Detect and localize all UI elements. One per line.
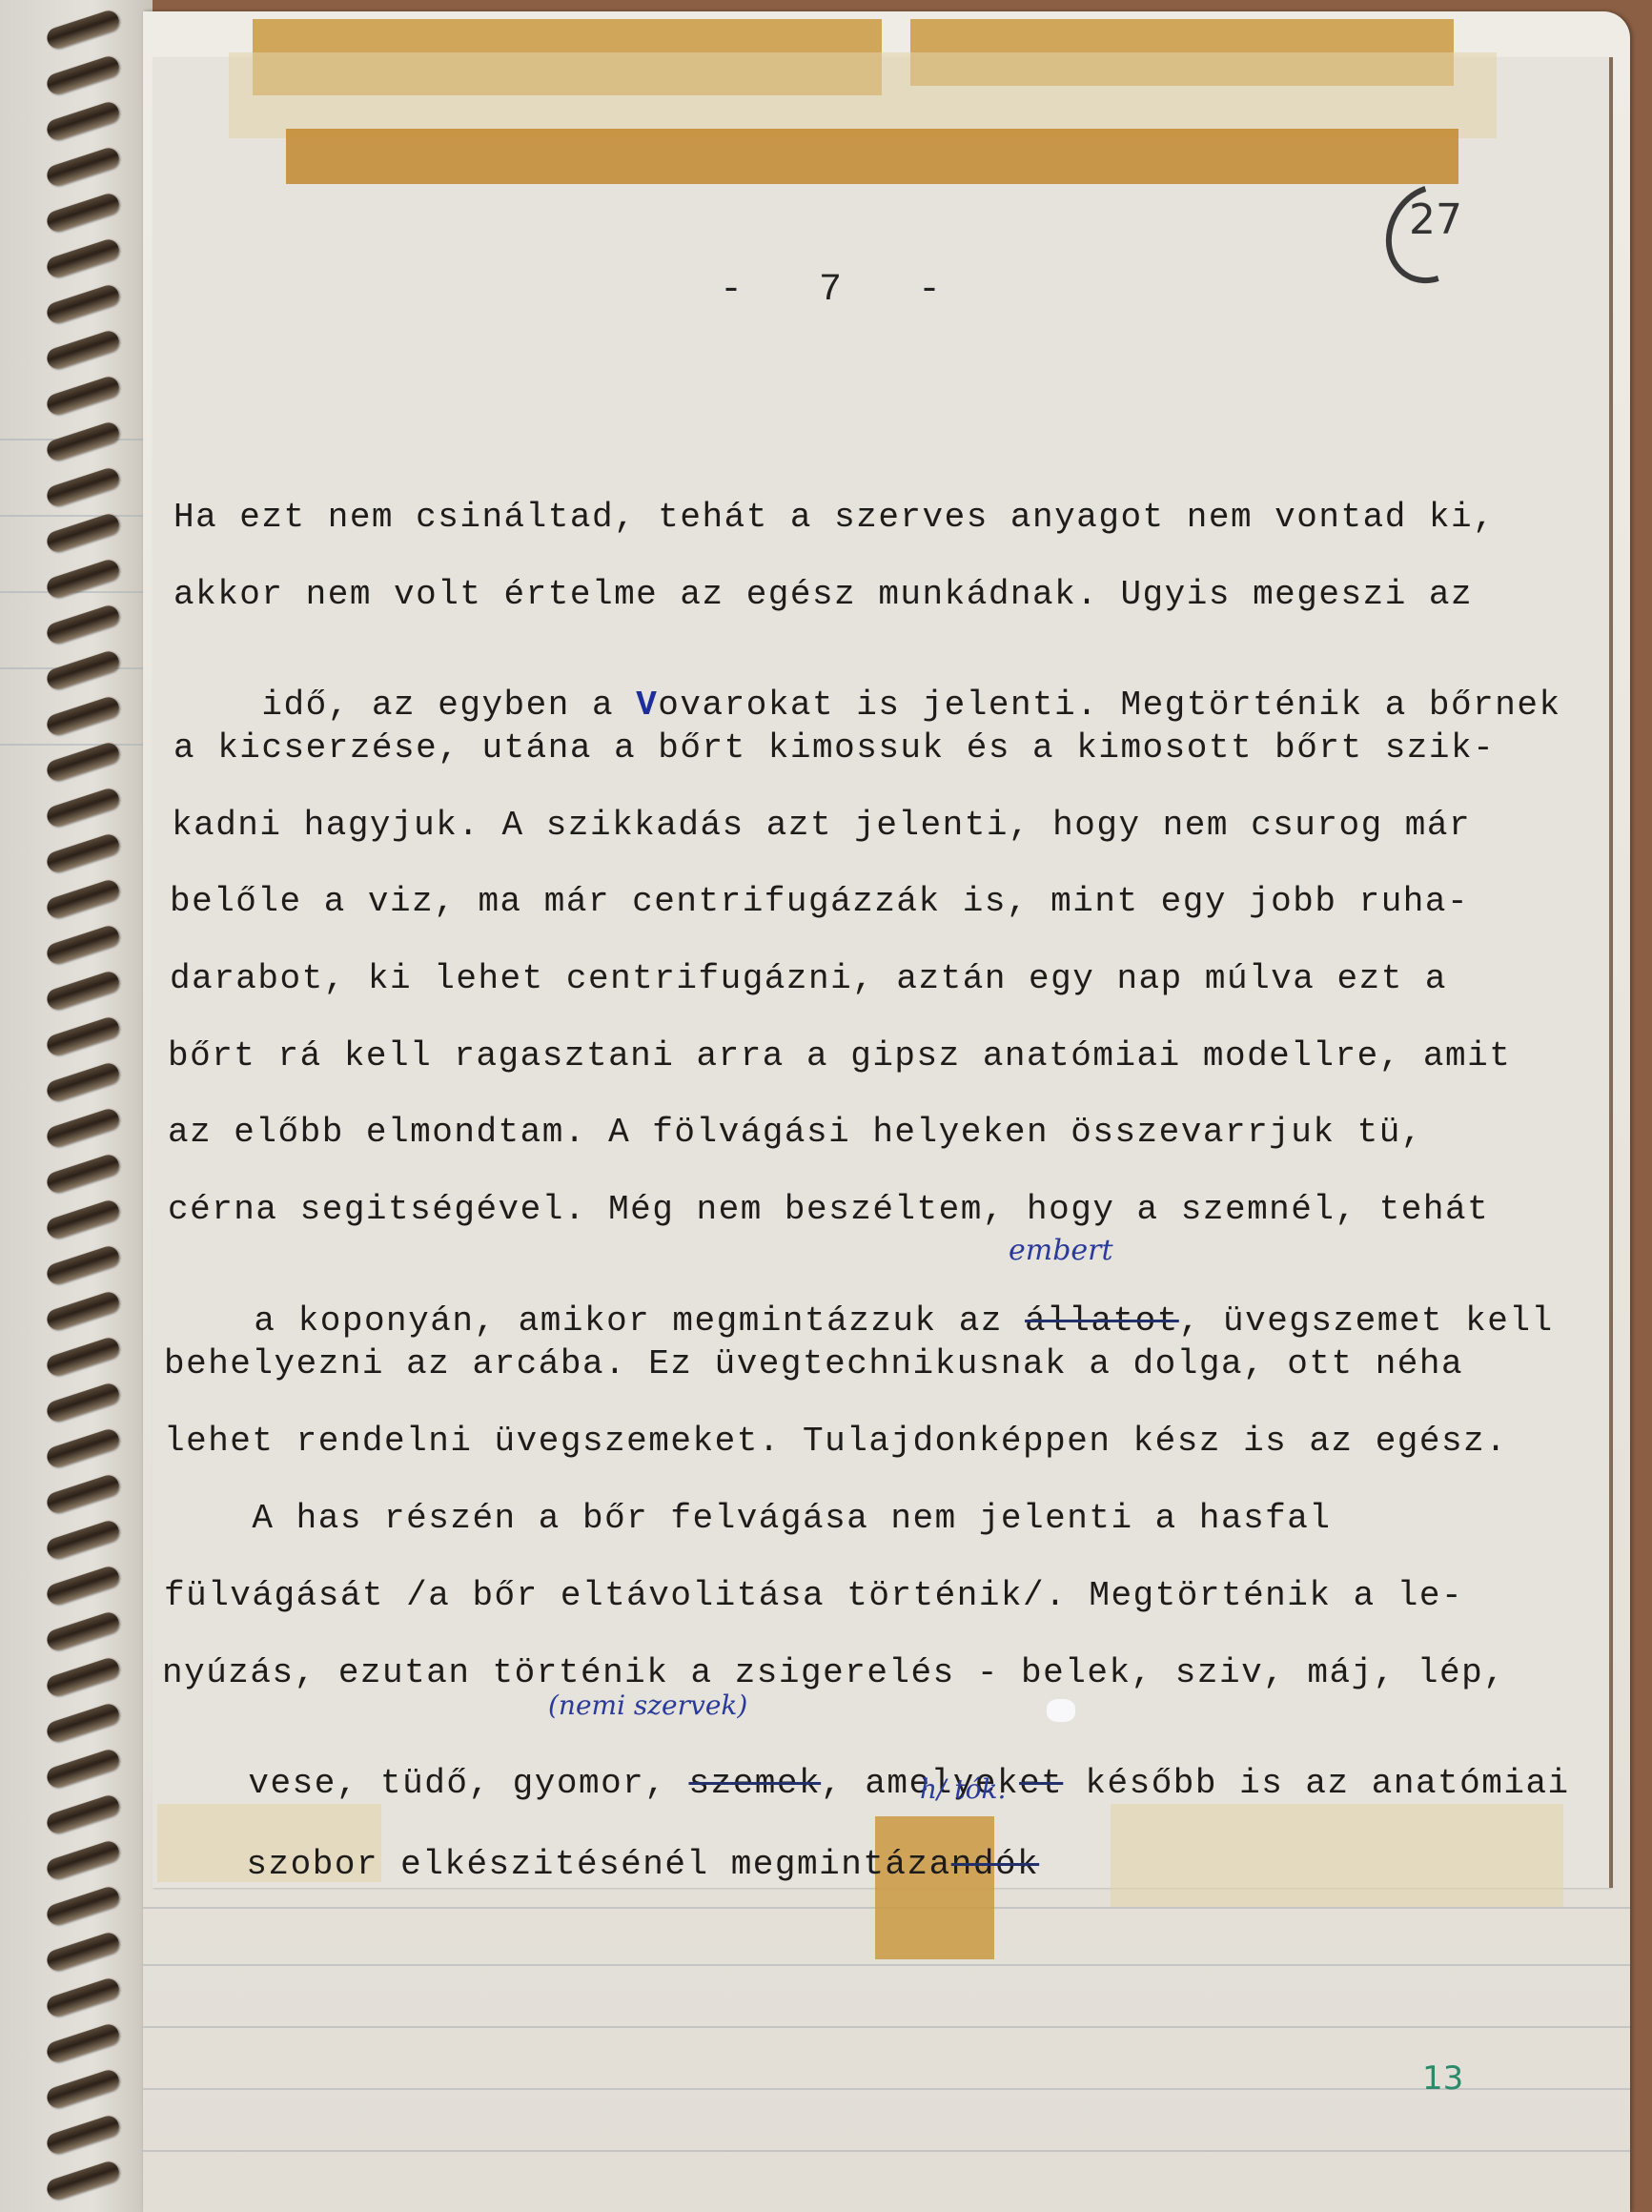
spiral-coil <box>45 236 122 279</box>
spiral-coil <box>45 786 122 829</box>
annotation-tok: h/ tók. <box>920 1773 1006 1805</box>
spiral-coil <box>45 1792 122 1835</box>
spiral-coil <box>45 465 122 508</box>
spiral-coil <box>45 1655 122 1698</box>
spiral-coil <box>45 1014 122 1057</box>
spiral-coil <box>45 694 122 737</box>
page-marker: - 7 - <box>720 269 968 312</box>
tape-strip-top-lower <box>286 129 1458 184</box>
struck-word: szemek <box>689 1764 822 1803</box>
text-line: akkor nem volt értelme az egész munkádna… <box>173 578 1473 612</box>
spiral-coil <box>45 2113 122 2156</box>
spiral-coil <box>45 1838 122 1881</box>
spiral-coil <box>45 923 122 966</box>
spiral-coil <box>45 831 122 874</box>
spiral-coil <box>45 1747 122 1790</box>
circled-page-number: 27 <box>1409 195 1462 244</box>
sheet-right-edge <box>1609 57 1613 1888</box>
spiral-coil <box>45 328 122 371</box>
text-line: a kicserzése, utána a bőrt kimossuk és a… <box>173 731 1495 766</box>
spiral-coil <box>45 191 122 234</box>
text-line: az előbb elmondtam. A fölvágási helyeken… <box>168 1116 1423 1150</box>
spiral-coil <box>45 53 122 96</box>
spiral-coil <box>45 557 122 600</box>
text-line: szobor elkészitésénél megmintázandók <box>158 1813 1039 1916</box>
spiral-binding <box>46 19 132 2212</box>
spiral-coil <box>45 648 122 691</box>
text-line: A has részén a bőr felvágása nem jelenti… <box>164 1502 1332 1536</box>
text-line: kadni hagyjuk. A szikkadás azt jelenti, … <box>172 809 1471 843</box>
spiral-coil <box>45 877 122 920</box>
spiral-coil <box>45 1289 122 1332</box>
spiral-coil <box>45 2159 122 2202</box>
spiral-coil <box>45 1381 122 1423</box>
spiral-coil <box>45 1106 122 1149</box>
spiral-coil <box>45 1198 122 1240</box>
struck-suffix: ndók <box>951 1845 1039 1884</box>
spiral-coil <box>45 511 122 554</box>
handwritten-page-number: 13 <box>1422 2059 1463 2098</box>
tape-clear-top <box>229 52 1497 138</box>
correction-mark: V <box>636 686 658 725</box>
text-line: lehet rendelni üvegszemeket. Tulajdonkép… <box>164 1424 1507 1459</box>
spiral-coil <box>45 1609 122 1652</box>
spiral-coil <box>45 282 122 325</box>
text-line: nyúzás, ezutan történik a zsigerelés - b… <box>162 1656 1505 1690</box>
spiral-coil <box>45 374 122 417</box>
paper-tear <box>1047 1699 1075 1722</box>
struck-word: állatot <box>1025 1301 1179 1341</box>
spiral-coil <box>45 740 122 783</box>
spiral-coil <box>45 1060 122 1103</box>
text-line: belőle a viz, ma már centrifugázzák is, … <box>170 885 1469 919</box>
spiral-coil <box>45 1701 122 1744</box>
text-line: behelyezni az arcába. Ez üvegtechnikusna… <box>164 1347 1463 1382</box>
spiral-coil <box>45 1243 122 1286</box>
annotation-nemi-szervek: (nemi szervek) <box>548 1690 747 1721</box>
spiral-coil <box>45 1564 122 1607</box>
struck-suffix: et <box>1019 1764 1063 1803</box>
spiral-coil <box>45 420 122 462</box>
spiral-coil <box>45 1426 122 1469</box>
spiral-coil <box>45 1930 122 1973</box>
spiral-coil <box>45 2021 122 2064</box>
spiral-coil <box>45 603 122 645</box>
spiral-coil <box>45 1472 122 1515</box>
spiral-coil <box>45 1884 122 1927</box>
spiral-coil <box>45 2067 122 2110</box>
annotation-embert: embert <box>1009 1234 1113 1267</box>
spiral-coil <box>45 1976 122 2018</box>
spiral-coil <box>45 969 122 1012</box>
text-line: fülvágását /a bőr eltávolitása történik/… <box>164 1579 1463 1613</box>
spiral-coil <box>45 1518 122 1561</box>
spiral-coil <box>45 99 122 142</box>
spiral-coil <box>45 1152 122 1195</box>
text-line: darabot, ki lehet centrifugázni, aztán e… <box>170 962 1447 996</box>
text-line: Ha ezt nem csináltad, tehát a szerves an… <box>173 501 1495 535</box>
text-line: bőrt rá kell ragasztani arra a gipsz ana… <box>168 1039 1511 1074</box>
text-line: cérna segitségével. Még nem beszéltem, h… <box>168 1193 1489 1227</box>
spiral-coil <box>45 145 122 188</box>
spiral-coil <box>45 1335 122 1378</box>
